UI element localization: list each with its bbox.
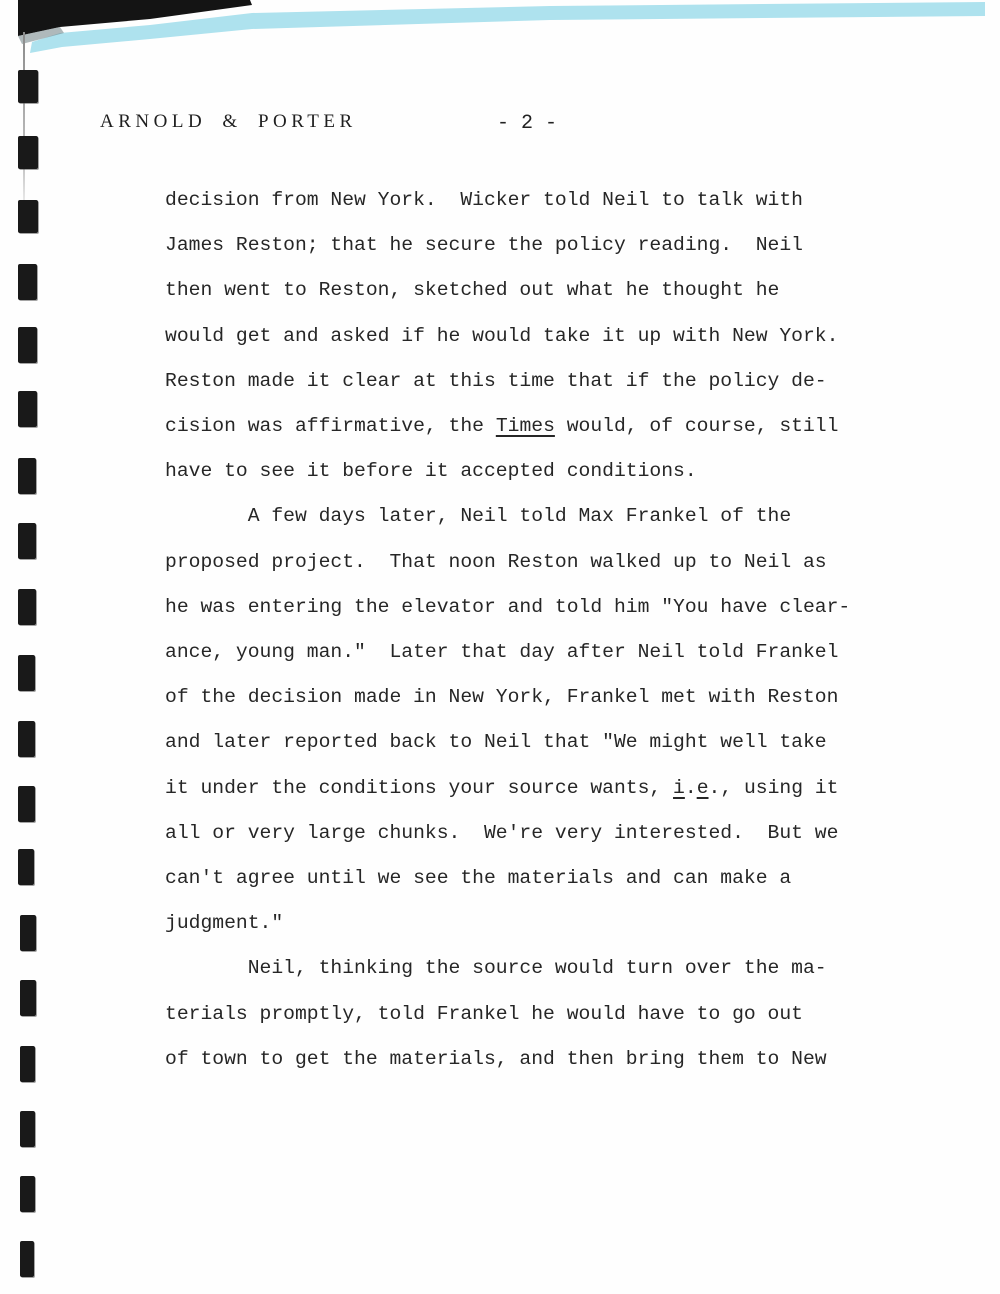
text-segment: Reston made it clear at this time that i… [165, 370, 827, 392]
binding-hole-mark [20, 1176, 35, 1212]
text-segment: he was entering the elevator and told hi… [165, 596, 850, 618]
binding-hole-mark [18, 655, 35, 691]
text-segment: would get and asked if he would take it … [165, 325, 838, 347]
binding-hole-mark [18, 849, 34, 885]
text-segment: Neil, thinking the source would turn ove… [248, 957, 827, 979]
binding-holes [0, 0, 60, 1294]
binding-hole-mark [18, 70, 38, 103]
binding-hole-mark [18, 136, 38, 169]
text-line: and later reported back to Neil that "We… [165, 720, 885, 765]
text-line: then went to Reston, sketched out what h… [165, 268, 885, 313]
text-line: would get and asked if he would take it … [165, 314, 885, 359]
text-segment: A few days later, Neil told Max Frankel … [248, 505, 791, 527]
text-line: proposed project. That noon Reston walke… [165, 540, 885, 585]
binding-hole-mark [18, 264, 37, 300]
text-segment: of town to get the materials, and then b… [165, 1048, 827, 1070]
text-segment: of the decision made in New York, Franke… [165, 686, 838, 708]
text-segment: . [685, 777, 697, 799]
binding-hole-mark [18, 786, 35, 822]
binding-hole-mark [18, 327, 37, 363]
text-line: ance, young man." Later that day after N… [165, 630, 885, 675]
text-segment: ., using it [709, 777, 839, 799]
text-segment: decision from New York. Wicker told Neil… [165, 189, 803, 211]
text-segment: proposed project. That noon Reston walke… [165, 551, 827, 573]
text-line: he was entering the elevator and told hi… [165, 585, 885, 630]
text-line: James Reston; that he secure the policy … [165, 223, 885, 268]
text-line: A few days later, Neil told Max Frankel … [165, 494, 885, 539]
text-segment: have to see it before it accepted condit… [165, 460, 697, 482]
binding-hole-mark [20, 1241, 34, 1277]
underlined-text-segment: i [673, 777, 685, 799]
text-line: of town to get the materials, and then b… [165, 1037, 885, 1082]
text-line: have to see it before it accepted condit… [165, 449, 885, 494]
document-page: ARNOLD & PORTER - 2 - decision from New … [0, 0, 1000, 1294]
binding-hole-mark [18, 721, 35, 757]
text-segment: and later reported back to Neil that "We… [165, 731, 827, 753]
binding-hole-mark [20, 1111, 35, 1147]
text-segment: James Reston; that he secure the policy … [165, 234, 803, 256]
binding-hole-mark [18, 523, 36, 559]
text-line: it under the conditions your source want… [165, 766, 885, 811]
text-segment: all or very large chunks. We're very int… [165, 822, 838, 844]
binding-hole-mark [20, 1046, 35, 1082]
text-line: terials promptly, told Frankel he would … [165, 992, 885, 1037]
binding-hole-mark [18, 458, 36, 494]
document-body: decision from New York. Wicker told Neil… [165, 178, 885, 1082]
text-line: judgment." [165, 901, 885, 946]
underlined-text-segment: e [697, 777, 709, 799]
text-segment: terials promptly, told Frankel he would … [165, 1003, 803, 1025]
text-line: decision from New York. Wicker told Neil… [165, 178, 885, 223]
text-line: Reston made it clear at this time that i… [165, 359, 885, 404]
scan-top-edge-artifact [0, 0, 1000, 60]
binding-hole-mark [20, 915, 36, 951]
text-line: cision was affirmative, the Times would,… [165, 404, 885, 449]
underlined-text-segment: Times [496, 415, 555, 437]
text-segment: would, of course, still [555, 415, 839, 437]
binding-hole-mark [18, 589, 36, 625]
binding-hole-mark [18, 391, 37, 427]
text-line: Neil, thinking the source would turn ove… [165, 946, 885, 991]
text-segment: can't agree until we see the materials a… [165, 867, 791, 889]
text-line: can't agree until we see the materials a… [165, 856, 885, 901]
text-segment: it under the conditions your source want… [165, 777, 673, 799]
firm-name: ARNOLD & PORTER [100, 112, 357, 132]
text-segment: cision was affirmative, the [165, 415, 496, 437]
text-segment: then went to Reston, sketched out what h… [165, 279, 779, 301]
text-segment: ance, young man." Later that day after N… [165, 641, 838, 663]
binding-hole-mark [20, 980, 36, 1016]
binding-hole-mark [18, 200, 38, 233]
text-line: of the decision made in New York, Franke… [165, 675, 885, 720]
text-segment: judgment." [165, 912, 283, 934]
page-number: - 2 - [497, 114, 557, 134]
text-line: all or very large chunks. We're very int… [165, 811, 885, 856]
